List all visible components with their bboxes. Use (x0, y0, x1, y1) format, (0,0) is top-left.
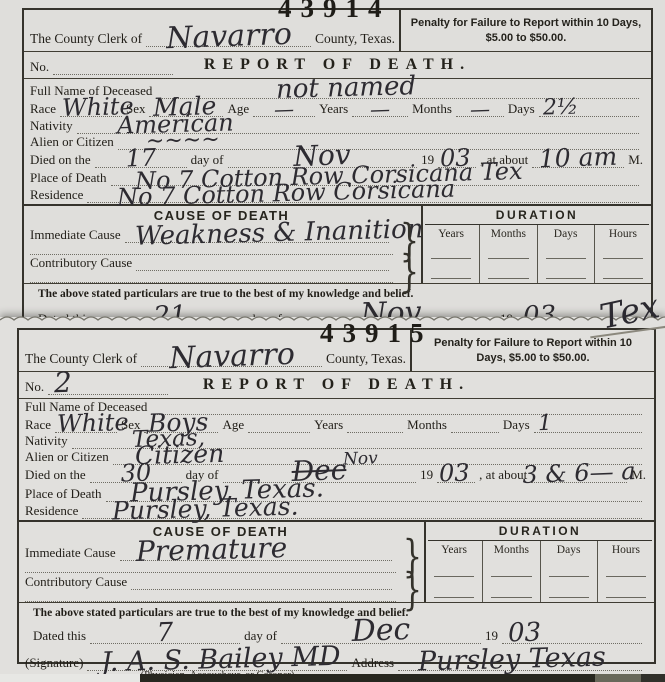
died-time-handwriting: 3 & 6— a (522, 459, 636, 487)
alien-citizen-handwriting: ~~~~ (145, 129, 219, 153)
months-field: — (456, 103, 504, 117)
no-label: No. (30, 59, 49, 75)
race-label: Race (25, 417, 51, 433)
duration-col-days: Days (541, 541, 598, 602)
died-on-row: Died on the 30 day of Dec Nov 19 03 , at… (19, 466, 654, 484)
penalty-notice: Penalty for Failure to Report within 10 … (399, 10, 651, 51)
county-handwriting: Navarro (165, 20, 292, 54)
cause-continuation-line (30, 272, 393, 283)
brace-glyph: } (400, 247, 419, 298)
report-title: REPORT OF DEATH. (203, 376, 470, 394)
contributory-cause-label: Contributory Cause (25, 574, 127, 590)
duration-cell-line (491, 556, 531, 577)
cause-continuation-line (25, 562, 396, 573)
clerk-label: The County Clerk of (25, 351, 137, 367)
residence-row: Residence No 7 Cotton Row Corsicana (24, 187, 651, 204)
duration-cell-line (603, 240, 643, 260)
died-time-handwriting: 10 am (539, 143, 618, 171)
signature-row: (Signature) J. A. S. Bailey MD (Physicia… (19, 645, 654, 672)
duration-col-header: Months (485, 228, 531, 240)
duration-col-years: Years (423, 225, 480, 283)
contributory-cause-field (136, 257, 389, 271)
duration-cell-line (606, 556, 646, 577)
immediate-cause-label: Immediate Cause (25, 545, 116, 561)
contributory-cause-block: Contributory Cause } (24, 255, 419, 283)
duration-cell-line (431, 240, 471, 260)
county-field: Navarro (141, 353, 322, 367)
affirmation-text: The above stated particulars are true to… (24, 284, 651, 301)
alien-citizen-label: Alien or Citizen (25, 449, 109, 465)
contributory-cause-block: Contributory Cause } (19, 573, 422, 602)
full-name-handwriting: not named (276, 73, 417, 103)
died-time-field: 10 am (532, 154, 624, 168)
no-field (53, 61, 173, 75)
dated-label: Dated this (33, 628, 86, 644)
affirmation-text: The above stated particulars are true to… (19, 603, 654, 620)
duration-cell-line (603, 259, 643, 279)
died-year-handwriting: 03 (439, 460, 470, 485)
nativity-row: Nativity American (24, 118, 651, 135)
immediate-cause-block: Immediate Cause Weakness & Inanition } (24, 221, 419, 255)
no-label: No. (25, 379, 44, 395)
dated-day-handwriting: 7 (156, 619, 173, 646)
days-field: 1 (534, 419, 642, 433)
died-on-label: Died on the (25, 467, 86, 483)
years-field (347, 419, 403, 433)
dated-year-handwriting: 03 (508, 619, 542, 646)
contributory-cause-label: Contributory Cause (30, 255, 132, 271)
serial-number: 43915 (320, 318, 433, 349)
died-time-field: 3 & 6— a (531, 469, 627, 483)
cause-of-death-section: CAUSE OF DEATH Immediate Cause Weakness … (24, 206, 651, 283)
age-label: Age (222, 417, 244, 433)
meridian-label: M. (628, 152, 643, 168)
days-label: Days (508, 101, 535, 117)
county-field: Navarro (146, 33, 311, 47)
duration-cell-line (549, 556, 589, 577)
immediate-cause-field: Premature (120, 547, 392, 561)
dated-day-field: 7 (90, 630, 240, 644)
no-field: 2 (48, 381, 168, 395)
death-report-sheet-1: 43914 The County Clerk of Navarro County… (0, 0, 665, 352)
residence-label: Residence (30, 187, 83, 203)
duration-table: DURATION Years Months Days Hours (424, 522, 654, 602)
months-label: Months (407, 417, 447, 433)
brace-glyph: } (403, 565, 422, 616)
days-field: 2½ (539, 103, 639, 117)
county-texas-label: County, Texas. (315, 31, 395, 47)
duration-col-hours: Hours (595, 225, 651, 283)
months-field (451, 419, 499, 433)
report-title: REPORT OF DEATH. (204, 56, 471, 74)
no-handwriting: 2 (54, 368, 73, 396)
address-handwriting: Pursley Texas (418, 643, 606, 675)
form-border: The County Clerk of Navarro County, Texa… (22, 8, 653, 354)
race-field: White (55, 419, 117, 433)
year-prefix-label: 19 (485, 628, 498, 644)
duration-title: DURATION (425, 206, 649, 225)
duration-col-header: Hours (600, 228, 646, 240)
cause-of-death-section: CAUSE OF DEATH Immediate Cause Premature… (19, 522, 654, 602)
death-report-sheet-2: 43915 The County Clerk of Navarro County… (0, 308, 665, 674)
full-name-field (151, 401, 642, 415)
duration-col-months: Months (480, 225, 537, 283)
contributory-cause-field (131, 576, 392, 590)
alien-citizen-label: Alien or Citizen (30, 134, 114, 150)
duration-col-header: Years (431, 544, 477, 556)
race-label: Race (30, 101, 56, 117)
year-prefix-label: 19 (420, 467, 433, 483)
days-label: Days (503, 417, 530, 433)
duration-col-header: Hours (603, 544, 649, 556)
duration-col-days: Days (538, 225, 595, 283)
duration-col-header: Days (543, 228, 589, 240)
county-handwriting: Navarro (168, 340, 295, 374)
age-field: — (253, 103, 315, 117)
duration-cell-line (488, 240, 528, 260)
signature-field: J. A. S. Bailey MD (Physician, Accoucheu… (87, 657, 347, 671)
scanner-bed-strip (0, 674, 665, 682)
residence-field: Pursley, Texas. (82, 505, 642, 519)
nativity-row: Nativity Texas, (19, 434, 654, 450)
cause-continuation-line (30, 244, 393, 255)
address-field: Pursley Texas (398, 657, 642, 671)
county-texas-label: County, Texas. (326, 351, 406, 367)
signature-label: (Signature) (25, 655, 83, 671)
form-border: The County Clerk of Navarro County, Texa… (17, 328, 656, 664)
residence-label: Residence (25, 503, 78, 519)
race-handwriting: White (57, 410, 129, 436)
duration-cell-line (431, 259, 471, 279)
title-row: No. 2 REPORT OF DEATH. (19, 372, 654, 398)
years-label: Years (314, 417, 343, 433)
died-on-label: Died on the (30, 152, 91, 168)
months-handwriting: — (470, 98, 491, 119)
duration-col-header: Years (428, 228, 474, 240)
cause-left: CAUSE OF DEATH Immediate Cause Premature… (19, 522, 424, 602)
serial-number: 43914 (278, 0, 391, 24)
immediate-cause-block: Immediate Cause Premature } (19, 537, 422, 573)
residence-field: No 7 Cotton Row Corsicana (87, 189, 639, 203)
place-of-death-label: Place of Death (25, 486, 102, 502)
duration-col-hours: Hours (598, 541, 654, 602)
duration-cell-line (488, 259, 528, 279)
duration-table: DURATION Years Months Days Hours (421, 206, 651, 283)
duration-col-header: Days (546, 544, 592, 556)
immediate-cause-field: Weakness & Inanition (125, 229, 389, 243)
cause-continuation-line (25, 591, 396, 602)
months-label: Months (412, 101, 452, 117)
duration-cell-line (546, 259, 586, 279)
dated-month-handwriting: Dec (351, 615, 411, 647)
years-handwriting: — (370, 98, 391, 119)
penalty-notice: Penalty for Failure to Report within 10 … (410, 330, 654, 371)
duration-cell-line (546, 240, 586, 260)
duration-col-header: Months (488, 544, 534, 556)
cause-left: CAUSE OF DEATH Immediate Cause Weakness … (24, 206, 421, 283)
place-of-death-label: Place of Death (30, 170, 107, 186)
duration-col-months: Months (483, 541, 540, 602)
died-year-field: 03 (437, 469, 475, 483)
duration-cell-line (491, 577, 531, 598)
day-of-label: day of (244, 628, 277, 644)
at-about-label: , at about (479, 467, 527, 483)
clerk-label: The County Clerk of (30, 31, 142, 47)
duration-cell-line (434, 577, 474, 598)
race-sex-age-row: Race White Sex Boys Age Years Months Day… (19, 416, 654, 434)
duration-cell-line (606, 577, 646, 598)
duration-cell-line (434, 556, 474, 577)
age-handwriting: — (274, 98, 295, 119)
duration-title: DURATION (428, 522, 652, 541)
duration-col-years: Years (426, 541, 483, 602)
address-label: Address (351, 655, 394, 671)
duration-cell-line (549, 577, 589, 598)
immediate-cause-label: Immediate Cause (30, 227, 121, 243)
days-handwriting: 2½ (542, 96, 578, 119)
residence-handwriting: Pursley, Texas. (112, 493, 299, 523)
days-handwriting: 1 (537, 413, 552, 435)
years-field: — (352, 103, 408, 117)
residence-row: Residence Pursley, Texas. (19, 503, 654, 520)
race-field: White (60, 103, 122, 117)
died-month-correction: Nov (342, 450, 377, 468)
age-field (248, 419, 310, 433)
